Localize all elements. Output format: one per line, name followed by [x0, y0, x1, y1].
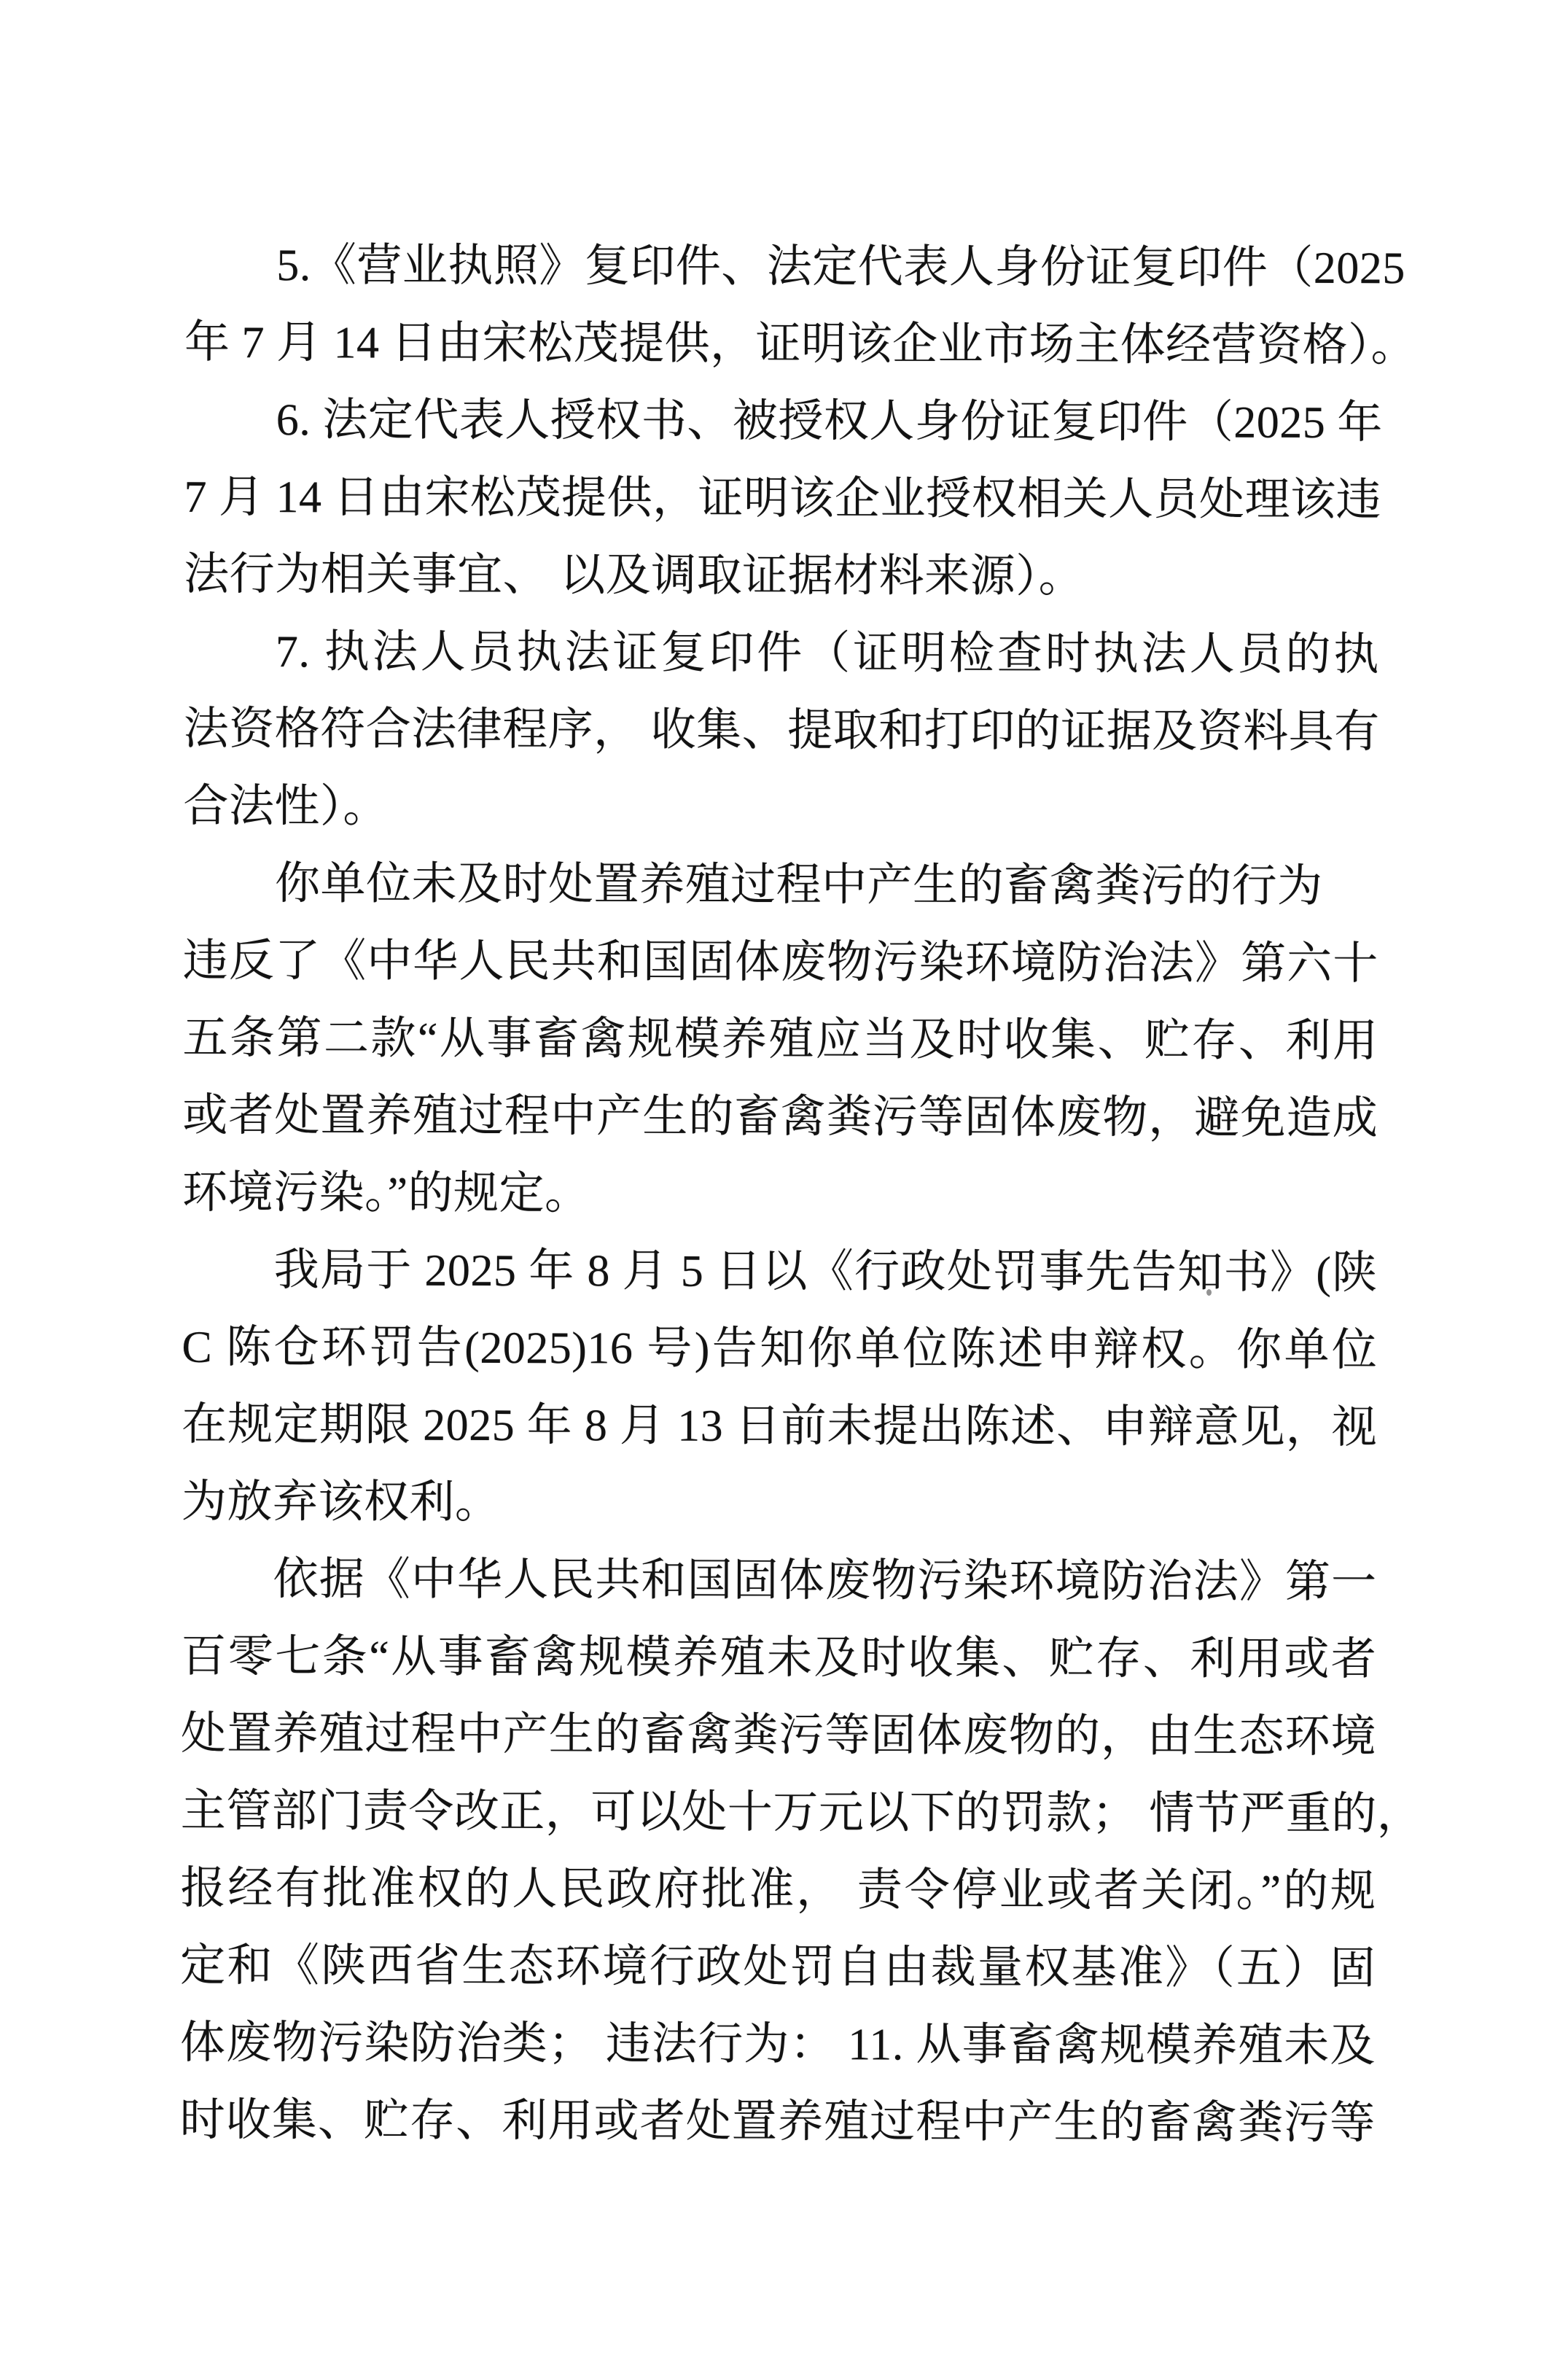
scan-speck: [1206, 1289, 1212, 1296]
document-text-block: 5.《营业执照》复印件、法定代表人身份证复印件（2025 年 7 月 14 日由…: [180, 227, 1381, 2162]
text-line: 法资格符合法律程序， 收集、提取和打印的证据及资料具有: [184, 691, 1379, 771]
text-line: 时收集、贮存、利用或者处置养殖过程中产生的畜禽粪污等: [180, 2082, 1376, 2162]
text-line: 6. 法定代表人授权书、被授权人身份证复印件（2025 年: [184, 381, 1380, 462]
text-line: 在规定期限 2025 年 8 月 13 日前未提出陈述、申辩意见，视: [182, 1386, 1377, 1466]
text-line: 法行为相关事宜、 以及调取证据材料来源）。: [184, 536, 1379, 616]
text-line: 百零七条“从事畜禽规模养殖未及时收集、贮存、利用或者: [181, 1618, 1376, 1698]
text-line: 合法性）。: [183, 768, 1378, 848]
text-line: 年 7 月 14 日由宋松茂提供，证明该企业市场主体经营资格）。: [184, 304, 1380, 384]
text-line: 处置养殖过程中产生的畜禽粪污等固体废物的，由生态环境: [181, 1695, 1376, 1776]
text-line: 报经有批准权的人民政府批准， 责令停业或者关闭。”的规: [180, 1850, 1376, 1930]
text-line: 依据《中华人民共和国固体废物污染环境防治法》第一: [181, 1541, 1376, 1621]
document-page: 5.《营业执照》复印件、法定代表人身份证复印件（2025 年 7 月 14 日由…: [0, 0, 1560, 2380]
text-line: 体废物污染防治类； 违法行为： 11. 从事畜禽规模养殖未及: [180, 2004, 1376, 2085]
text-line: 5.《营业执照》复印件、法定代表人身份证复印件（2025: [184, 227, 1380, 307]
text-line: 我局于 2025 年 8 月 5 日以《行政处罚事先告知书》(陕: [182, 1232, 1378, 1312]
text-line: 主管部门责令改正，可以处十万元以下的罚款； 情节严重的，: [181, 1773, 1376, 1853]
text-line: 7. 执法人员执法证复印件（证明检查时执法人员的执: [184, 613, 1379, 693]
text-line: 7 月 14 日由宋松茂提供，证明该企业授权相关人员处理该违: [184, 459, 1379, 539]
text-line: 你单位未及时处置养殖过程中产生的畜禽粪污的行为: [183, 845, 1378, 925]
text-line: 或者处置养殖过程中产生的畜禽粪污等固体废物，避免造成: [182, 1077, 1378, 1157]
text-line: 违反了《中华人民共和国固体废物污染环境防治法》第六十: [183, 922, 1378, 1003]
text-line: 为放弃该权利。: [182, 1463, 1377, 1544]
text-line: 定和《陕西省生态环境行政处罚自由裁量权基准》（五）固: [180, 1927, 1376, 2007]
text-line: C 陈仓环罚告(2025)16 号)告知你单位陈述申辩权。你单位: [182, 1309, 1377, 1389]
text-line: 环境污染。”的规定。: [182, 1154, 1378, 1234]
text-line: 五条第二款“从事畜禽规模养殖应当及时收集、贮存、利用: [182, 1000, 1378, 1080]
